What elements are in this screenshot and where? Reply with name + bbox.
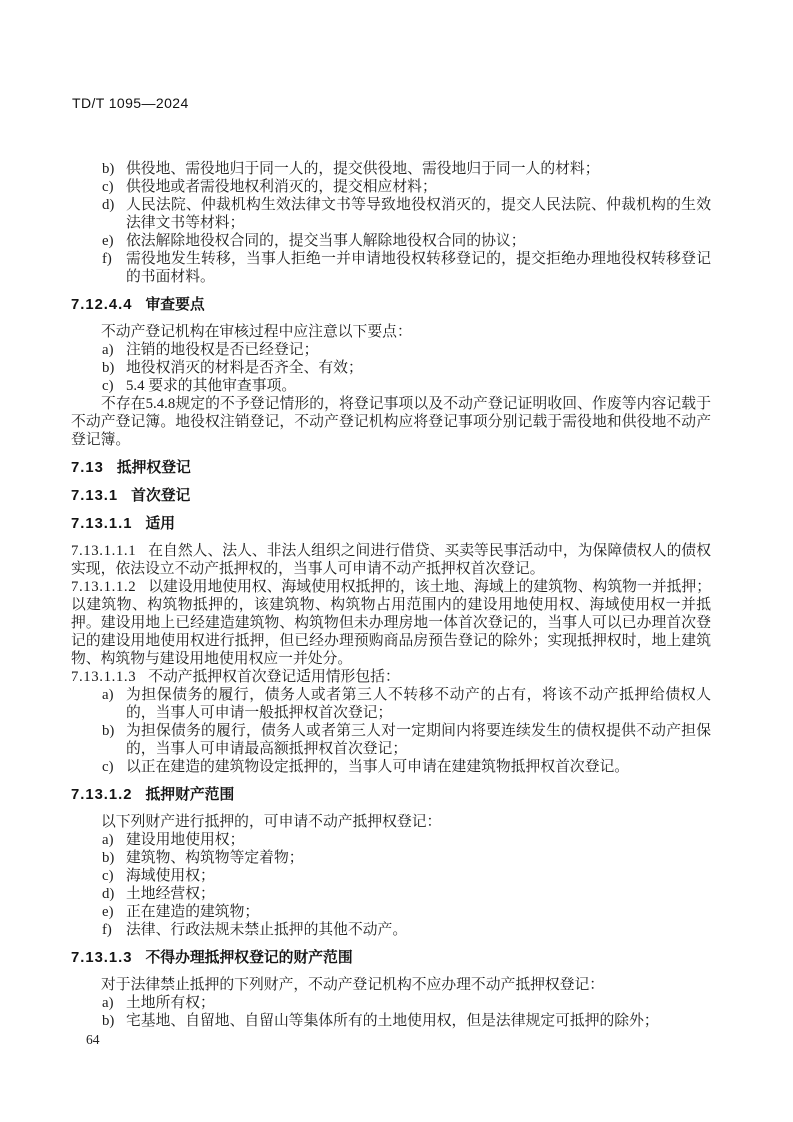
paragraph: 不动产登记机构在审核过程中应注意以下要点： bbox=[71, 323, 711, 341]
list-item-text: 依法解除地役权合同的，提交当事人解除地役权合同的协议； bbox=[126, 232, 711, 250]
list-item-label: d) bbox=[102, 885, 126, 903]
section-title: 不得办理抵押权登记的财产范围 bbox=[145, 950, 352, 966]
paragraph-text: 在自然人、法人、非法人组织之间进行借贷、买卖等民事活动中，为保障债权人的债权实现… bbox=[71, 543, 711, 577]
section-heading: 7.13.1.2抵押财产范围 bbox=[71, 786, 711, 804]
paragraph-text: 不动产抵押权首次登记适用情形包括： bbox=[148, 669, 400, 685]
list-item: d)人民法院、仲裁机构生效法律文书等导致地役权消灭的，提交人民法院、仲裁机构的生… bbox=[71, 196, 711, 232]
paragraph: 7.13.1.1.2以建设用地使用权、海域使用权抵押的，该土地、海域上的建筑物、… bbox=[71, 578, 711, 668]
list-item-text: 土地经营权； bbox=[126, 885, 711, 903]
list-item: a)土地所有权； bbox=[71, 994, 711, 1012]
list-item-text: 为担保债务的履行，债务人或者第三人不转移不动产的占有，将该不动产抵押给债权人的，… bbox=[126, 686, 711, 722]
list-item: d)土地经营权； bbox=[71, 885, 711, 903]
section-heading: 7.13.1.1适用 bbox=[71, 515, 711, 533]
list-item: e)依法解除地役权合同的，提交当事人解除地役权合同的协议； bbox=[71, 232, 711, 250]
item-list: b)供役地、需役地归于同一人的，提交供役地、需役地归于同一人的材料；c)供役地或… bbox=[71, 160, 711, 286]
list-item-label: b) bbox=[102, 359, 126, 377]
list-item: b)建筑物、构筑物等定着物； bbox=[71, 849, 711, 867]
document-page: TD/T 1095—2024 b)供役地、需役地归于同一人的，提交供役地、需役地… bbox=[0, 0, 793, 1122]
list-item: a)建设用地使用权； bbox=[71, 831, 711, 849]
list-item-label: c) bbox=[102, 377, 126, 395]
paragraph: 7.13.1.1.3不动产抵押权首次登记适用情形包括： bbox=[71, 668, 711, 686]
section-number: 7.13.1.3 bbox=[71, 950, 132, 966]
list-item: b)为担保债务的履行，债务人或者第三人对一定期间内将要连续发生的债权提供不动产担… bbox=[71, 722, 711, 758]
list-item-text: 建设用地使用权； bbox=[126, 831, 711, 849]
list-item-label: a) bbox=[102, 686, 126, 722]
list-item-label: c) bbox=[102, 867, 126, 885]
list-item-label: a) bbox=[102, 994, 126, 1012]
list-item-label: d) bbox=[102, 196, 126, 232]
list-item-label: b) bbox=[102, 160, 126, 178]
list-item: c)海域使用权； bbox=[71, 867, 711, 885]
list-item: e)正在建造的建筑物； bbox=[71, 903, 711, 921]
list-item-label: a) bbox=[102, 341, 126, 359]
list-item-text: 5.4 要求的其他审查事项。 bbox=[126, 377, 711, 395]
list-item-label: f) bbox=[102, 250, 126, 286]
clause-number: 7.13.1.1.2 bbox=[71, 579, 136, 595]
section-heading: 7.13.1.3不得办理抵押权登记的财产范围 bbox=[71, 949, 711, 967]
paragraph: 不存在5.4.8规定的不予登记情形的，将登记事项以及不动产登记证明收回、作废等内… bbox=[71, 395, 711, 449]
paragraph: 以下列财产进行抵押的，可申请不动产抵押权登记： bbox=[71, 813, 711, 831]
paragraph: 对于法律禁止抵押的下列财产，不动产登记机构不应办理不动产抵押权登记： bbox=[71, 976, 711, 994]
paragraph-text: 以下列财产进行抵押的，可申请不动产抵押权登记： bbox=[101, 814, 441, 830]
paragraph: 7.13.1.1.1在自然人、法人、非法人组织之间进行借贷、买卖等民事活动中，为… bbox=[71, 542, 711, 578]
section-title: 审查要点 bbox=[145, 297, 204, 313]
list-item-text: 宅基地、自留地、自留山等集体所有的土地使用权，但是法律规定可抵押的除外； bbox=[126, 1012, 711, 1030]
paragraph-text: 不动产登记机构在审核过程中应注意以下要点： bbox=[101, 324, 412, 340]
section-number: 7.13.1.1 bbox=[71, 516, 132, 532]
list-item-label: a) bbox=[102, 831, 126, 849]
list-item-label: f) bbox=[102, 921, 126, 939]
section-number: 7.13.1.2 bbox=[71, 787, 132, 803]
list-item: b)供役地、需役地归于同一人的，提交供役地、需役地归于同一人的材料； bbox=[71, 160, 711, 178]
list-item-text: 建筑物、构筑物等定着物； bbox=[126, 849, 711, 867]
item-list: a)土地所有权；b)宅基地、自留地、自留山等集体所有的土地使用权，但是法律规定可… bbox=[71, 994, 711, 1030]
list-item: a)为担保债务的履行，债务人或者第三人不转移不动产的占有，将该不动产抵押给债权人… bbox=[71, 686, 711, 722]
list-item: f)需役地发生转移，当事人拒绝一并申请地役权转移登记的，提交拒绝办理地役权转移登… bbox=[71, 250, 711, 286]
list-item-text: 为担保债务的履行，债务人或者第三人对一定期间内将要连续发生的债权提供不动产担保的… bbox=[126, 722, 711, 758]
list-item-label: b) bbox=[102, 849, 126, 867]
item-list: a)注销的地役权是否已经登记；b)地役权消灭的材料是否齐全、有效；c)5.4 要… bbox=[71, 341, 711, 395]
page-number: 64 bbox=[86, 1031, 100, 1049]
list-item-text: 供役地或者需役地权利消灭的，提交相应材料； bbox=[126, 178, 711, 196]
list-item-text: 供役地、需役地归于同一人的，提交供役地、需役地归于同一人的材料； bbox=[126, 160, 711, 178]
section-heading: 7.12.4.4审查要点 bbox=[71, 296, 711, 314]
list-item-text: 注销的地役权是否已经登记； bbox=[126, 341, 711, 359]
standard-number: TD/T 1095—2024 bbox=[72, 94, 189, 112]
list-item: b)地役权消灭的材料是否齐全、有效； bbox=[71, 359, 711, 377]
list-item: a)注销的地役权是否已经登记； bbox=[71, 341, 711, 359]
document-body: b)供役地、需役地归于同一人的，提交供役地、需役地归于同一人的材料；c)供役地或… bbox=[71, 160, 711, 1030]
section-number: 7.12.4.4 bbox=[71, 297, 132, 313]
list-item: c)5.4 要求的其他审查事项。 bbox=[71, 377, 711, 395]
list-item-text: 以正在建造的建筑物设定抵押的，当事人可申请在建建筑物抵押权首次登记。 bbox=[126, 758, 711, 776]
list-item-text: 需役地发生转移，当事人拒绝一并申请地役权转移登记的，提交拒绝办理地役权转移登记的… bbox=[126, 250, 711, 286]
list-item-label: b) bbox=[102, 722, 126, 758]
section-heading: 7.13.1首次登记 bbox=[71, 487, 711, 505]
list-item: c)供役地或者需役地权利消灭的，提交相应材料； bbox=[71, 178, 711, 196]
list-item: f)法律、行政法规未禁止抵押的其他不动产。 bbox=[71, 921, 711, 939]
list-item-text: 正在建造的建筑物； bbox=[126, 903, 711, 921]
section-number: 7.13.1 bbox=[71, 488, 118, 504]
section-title: 适用 bbox=[145, 516, 175, 532]
list-item-text: 海域使用权； bbox=[126, 867, 711, 885]
list-item-label: c) bbox=[102, 758, 126, 776]
item-list: a)建设用地使用权；b)建筑物、构筑物等定着物；c)海域使用权；d)土地经营权；… bbox=[71, 831, 711, 939]
list-item-label: c) bbox=[102, 178, 126, 196]
list-item-text: 人民法院、仲裁机构生效法律文书等导致地役权消灭的，提交人民法院、仲裁机构的生效法… bbox=[126, 196, 711, 232]
list-item-text: 法律、行政法规未禁止抵押的其他不动产。 bbox=[126, 921, 711, 939]
paragraph-text: 对于法律禁止抵押的下列财产，不动产登记机构不应办理不动产抵押权登记： bbox=[101, 977, 604, 993]
section-title: 首次登记 bbox=[131, 488, 190, 504]
section-number: 7.13 bbox=[71, 460, 104, 476]
item-list: a)为担保债务的履行，债务人或者第三人不转移不动产的占有，将该不动产抵押给债权人… bbox=[71, 686, 711, 776]
list-item-label: e) bbox=[102, 232, 126, 250]
section-title: 抵押财产范围 bbox=[145, 787, 234, 803]
list-item: b)宅基地、自留地、自留山等集体所有的土地使用权，但是法律规定可抵押的除外； bbox=[71, 1012, 711, 1030]
section-heading: 7.13抵押权登记 bbox=[71, 459, 711, 477]
paragraph-text: 以建设用地使用权、海域使用权抵押的，该土地、海域上的建筑物、构筑物一并抵押；以建… bbox=[71, 579, 711, 667]
list-item-text: 地役权消灭的材料是否齐全、有效； bbox=[126, 359, 711, 377]
clause-number: 7.13.1.1.3 bbox=[71, 669, 136, 685]
list-item-text: 土地所有权； bbox=[126, 994, 711, 1012]
list-item: c)以正在建造的建筑物设定抵押的，当事人可申请在建建筑物抵押权首次登记。 bbox=[71, 758, 711, 776]
list-item-label: b) bbox=[102, 1012, 126, 1030]
list-item-label: e) bbox=[102, 903, 126, 921]
section-title: 抵押权登记 bbox=[117, 460, 191, 476]
paragraph-text: 不存在5.4.8规定的不予登记情形的，将登记事项以及不动产登记证明收回、作废等内… bbox=[71, 396, 711, 448]
clause-number: 7.13.1.1.1 bbox=[71, 543, 136, 559]
